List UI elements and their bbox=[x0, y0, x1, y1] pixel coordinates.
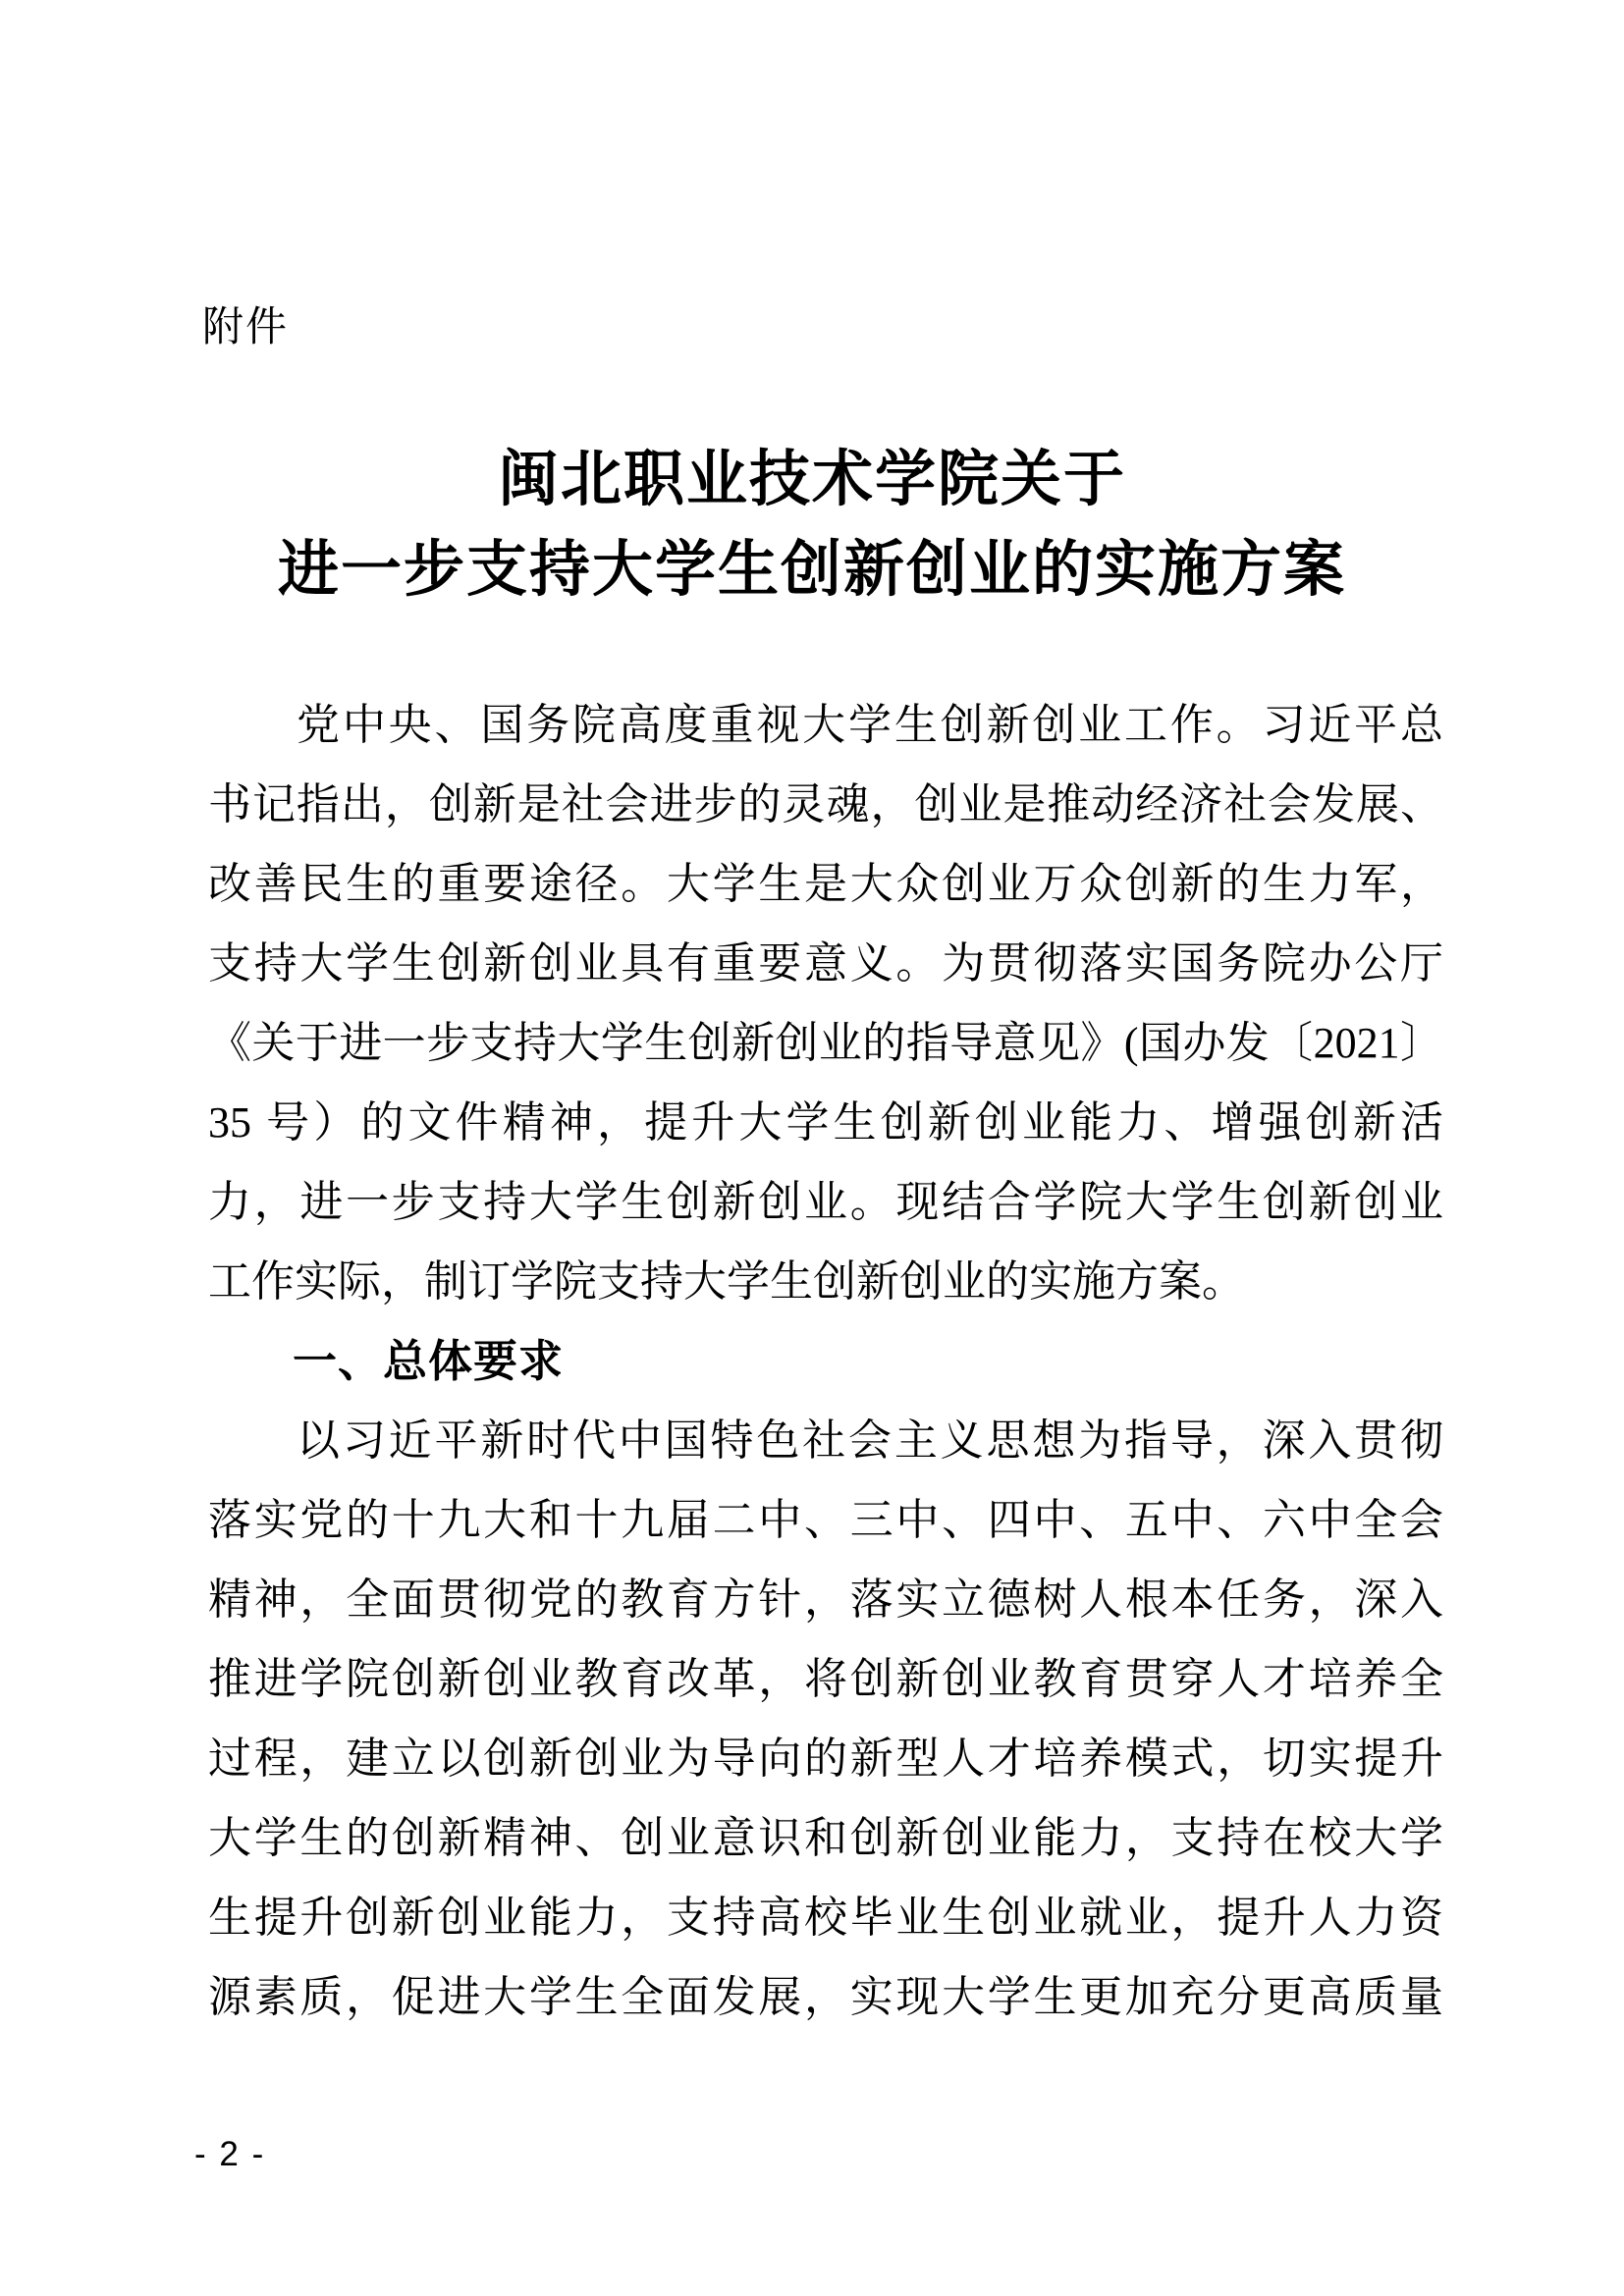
body-line: 《关于进一步支持大学生创新创业的指导意见》(国办发〔2021〕 bbox=[208, 1003, 1443, 1083]
body-line: 以习近平新时代中国特色社会主义思想为指导，深入贯彻 bbox=[208, 1401, 1443, 1480]
body-line: 推进学院创新创业教育改革，将创新创业教育贯穿人才培养全 bbox=[208, 1639, 1443, 1719]
attachment-label: 附件 bbox=[202, 304, 289, 349]
document-title-line-2: 进一步支持大学生创新创业的实施方案 bbox=[0, 525, 1624, 615]
body-line: 35 号）的文件精神，提升大学生创新创业能力、增强创新活 bbox=[208, 1083, 1443, 1162]
body-line: 生提升创新创业能力，支持高校毕业生创业就业，提升人力资 bbox=[208, 1878, 1443, 1957]
body-line: 支持大学生创新创业具有重要意义。为贯彻落实国务院办公厅 bbox=[208, 924, 1443, 1003]
section-heading: 一、总体要求 bbox=[208, 1321, 1443, 1401]
document-title-line-1: 闽北职业技术学院关于 bbox=[0, 435, 1624, 525]
body-line: 大学生的创新精神、创业意识和创新创业能力，支持在校大学 bbox=[208, 1798, 1443, 1878]
page-number: - 2 - bbox=[194, 2132, 265, 2177]
body-line: 党中央、国务院高度重视大学生创新创业工作。习近平总 bbox=[208, 685, 1443, 765]
body-text: 党中央、国务院高度重视大学生创新创业工作。习近平总书记指出，创新是社会进步的灵魂… bbox=[208, 685, 1443, 2037]
body-line: 精神，全面贯彻党的教育方针，落实立德树人根本任务，深入 bbox=[208, 1560, 1443, 1639]
body-line: 落实党的十九大和十九届二中、三中、四中、五中、六中全会 bbox=[208, 1480, 1443, 1560]
body-line: 改善民生的重要途径。大学生是大众创业万众创新的生力军， bbox=[208, 844, 1443, 924]
body-line: 过程，建立以创新创业为导向的新型人才培养模式，切实提升 bbox=[208, 1719, 1443, 1798]
body-line: 工作实际，制订学院支持大学生创新创业的实施方案。 bbox=[208, 1242, 1443, 1321]
document-title: 闽北职业技术学院关于 进一步支持大学生创新创业的实施方案 bbox=[0, 435, 1624, 615]
document-page: 附件 闽北职业技术学院关于 进一步支持大学生创新创业的实施方案 党中央、国务院高… bbox=[0, 0, 1624, 2296]
body-line: 源素质，促进大学生全面发展，实现大学生更加充分更高质量 bbox=[208, 1957, 1443, 2037]
body-line: 书记指出，创新是社会进步的灵魂，创业是推动经济社会发展、 bbox=[208, 765, 1443, 844]
body-line: 力，进一步支持大学生创新创业。现结合学院大学生创新创业 bbox=[208, 1162, 1443, 1242]
